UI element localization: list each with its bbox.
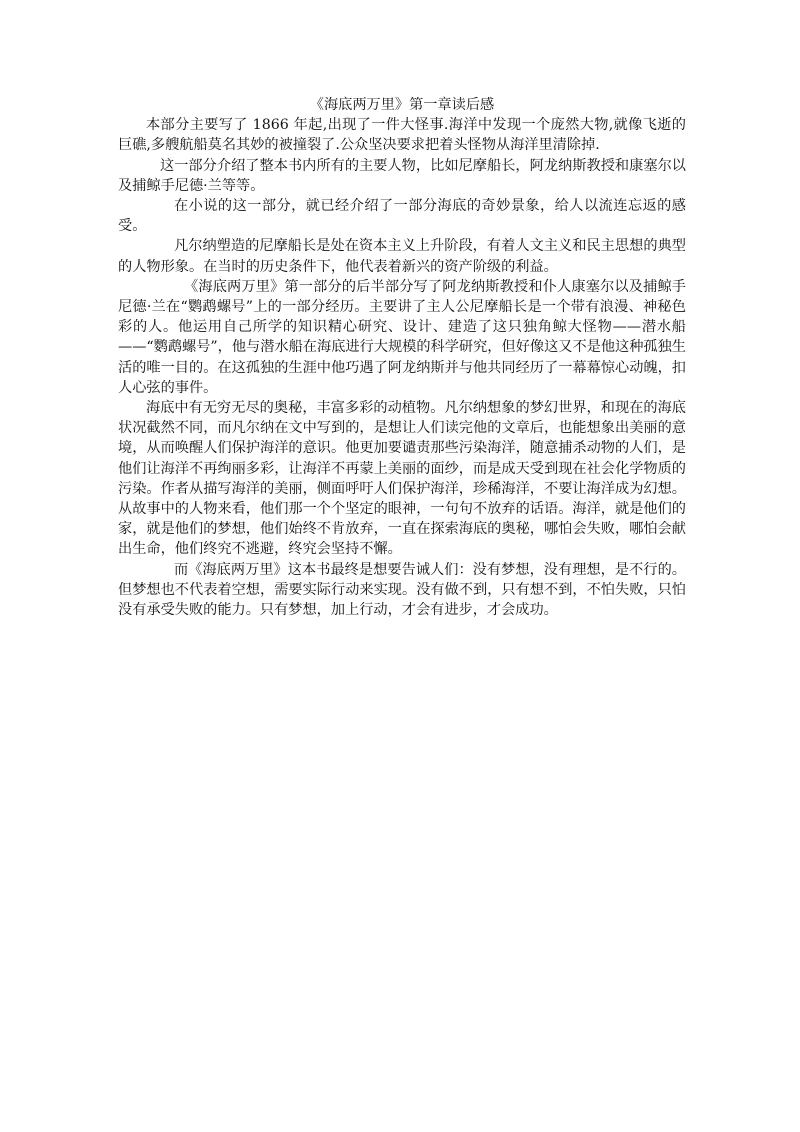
paragraph-7: 而《海底两万里》这本书最终是想要告诫人们：没有梦想，没有理想，是不行的。但梦想也… xyxy=(118,560,686,621)
paragraph-4: 凡尔纳塑造的尼摩船长是处在资本主义上升阶段，有着人文主义和民主思想的典型的人物形… xyxy=(118,236,686,276)
paragraph-6: 海底中有无穷无尽的奥秘，丰富多彩的动植物。凡尔纳想象的梦幻世界，和现在的海底状况… xyxy=(118,398,686,560)
document-title: 《海底两万里》第一章读后感 xyxy=(118,95,686,115)
paragraph-2: 这一部分介绍了整本书内所有的主要人物，比如尼摩船长，阿龙纳斯教授和康塞尔以及捕鲸… xyxy=(118,156,686,196)
paragraph-5: 《海底两万里》第一部分的后半部分写了阿龙纳斯教授和仆人康塞尔以及捕鲸手尼德·兰在… xyxy=(118,277,686,398)
paragraph-1: 本部分主要写了 1866 年起,出现了一件大怪事.海洋中发现一个庞然大物,就像飞… xyxy=(118,115,686,155)
document-page: 《海底两万里》第一章读后感 本部分主要写了 1866 年起,出现了一件大怪事.海… xyxy=(118,95,686,620)
paragraph-3: 在小说的这一部分，就已经介绍了一部分海底的奇妙景象，给人以流连忘返的感受。 xyxy=(118,196,686,236)
